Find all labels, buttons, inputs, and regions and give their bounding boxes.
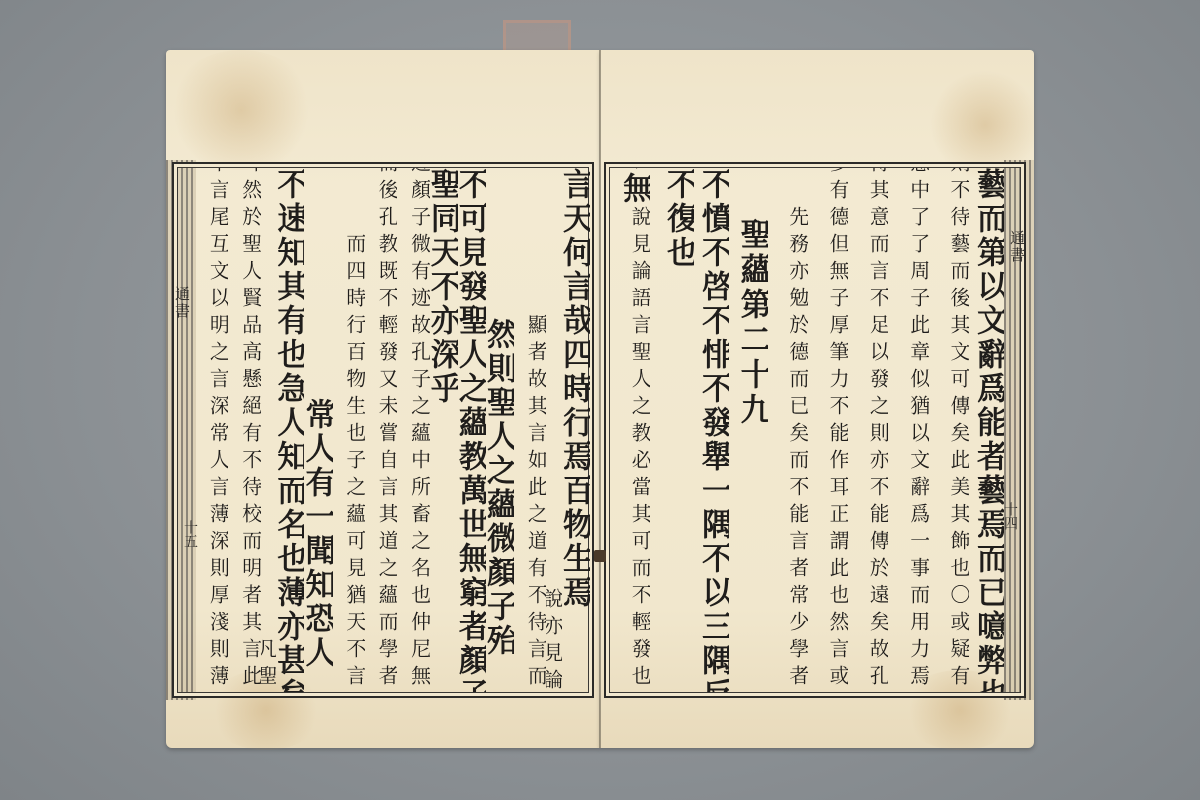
text-column: 不可見發聖人之蘊教萬世無窮者顏子也 xyxy=(458,168,486,692)
commentary-pair: 但無子厚筆力不能作耳正謂此也然言或 可少而德不可無有德而有言者常多有德 xyxy=(808,168,848,692)
text-column: 不復也 xyxy=(650,168,694,692)
block-center-title: 通書 xyxy=(1007,230,1028,264)
commentary-pair: 之道有不待言而 顯者故其言如此 xyxy=(514,168,546,692)
chapter-title: 聖蘊第二十九 xyxy=(729,168,768,692)
commentary-pair: 言深常人言薄深則厚淺則薄 上言首下言尾互文以明之 xyxy=(196,168,228,692)
commentary-line: 言深常人言薄深則厚淺則薄 xyxy=(205,368,228,692)
commentary-line: 而言不足以發之則亦不能傳於遠矣故孔 xyxy=(865,233,888,692)
commentary-line: 子曰辭達而已矣程子亦言西銘吾得其意 xyxy=(865,168,888,233)
commentary-line: 之道有不待言而 xyxy=(523,503,546,692)
commentary-line: 教既不輕發又未嘗自言其道之蘊而學者 xyxy=(374,233,397,692)
commentary-pair: 此美其飾也〇或疑有 德者必有言則不待藝而後其文可傳矣 xyxy=(929,168,969,692)
commentary-line: 迹顏子微有迹故孔子之 xyxy=(407,168,430,422)
commentary-line: 周子此章似猶以文辭爲一事而用力焉 xyxy=(906,260,929,692)
commentary-line: 子之蘊可見猶天不言 xyxy=(342,449,365,692)
commentary-line: 賢品高懸絕有不待校而明者其言此 xyxy=(238,287,261,692)
commentary-line: 蘊中所畜之名也仲尼無 xyxy=(407,422,430,692)
commentary-pair: 而言不足以發之則亦不能傳於遠矣故孔 子曰辭達而已矣程子亦言西銘吾得其意 xyxy=(848,168,888,692)
binding-thread xyxy=(594,550,606,562)
text-column: 然則聖人之蘊微顏子殆 xyxy=(486,168,514,692)
left-page: 通書 十五 言天何言哉四時行焉百物生焉 說亦見論語言聖人 之道有不待言而 顯者故… xyxy=(166,50,600,748)
text-column: 言天何言哉四時行焉百物生焉 xyxy=(562,168,590,692)
text-column: 藝而第以文辭爲能者藝焉而已噫弊也久矣 xyxy=(969,168,1004,692)
text-columns: 藝而第以文辭爲能者藝焉而已噫弊也久矣 此美其飾也〇或疑有 德者必有言則不待藝而後… xyxy=(610,168,1004,692)
commentary-line: 先務亦勉於德而已矣 xyxy=(785,206,808,449)
commentary-line: 德者必有言則不待藝而後其文可傳矣 xyxy=(946,168,969,449)
commentary-column: 說亦見論語言聖人 xyxy=(546,168,561,692)
commentary-pair: 賢品高懸絕有不待校而明者其言此 者正以深學之極警夫淺薄之尤耳然於聖人 xyxy=(228,168,260,692)
text-column: 子曰予欲無 xyxy=(610,168,650,206)
commentary-line: 而四時行百物生也 xyxy=(342,233,365,449)
commentary-line: 上言首下言尾互文以明之 xyxy=(205,168,228,368)
commentary-line: 但無子厚筆力不能作耳正謂此也然言或 xyxy=(825,233,848,692)
text-columns: 言天何言哉四時行焉百物生焉 說亦見論語言聖人 之道有不待言而 顯者故其言如此 然… xyxy=(196,168,590,692)
commentary-line: 顯者故其言如此 xyxy=(523,314,546,503)
text-column: 不速知其有也急人知而名也薄亦甚矣 xyxy=(276,168,304,692)
text-column: 常人有一聞知恐人 xyxy=(304,168,332,692)
block-center-title: 通書 xyxy=(172,286,193,320)
commentary-pair: 子之蘊可見猶天不言 而四時行百物生也 xyxy=(333,168,365,692)
text-column: 不憤不啓不悱不發舉一隅不以三隅反則 xyxy=(694,168,729,692)
commentary-pair: 周子此章似猶以文辭爲一事而用力焉 何也曰人之才德偏有長短其或意中了了 xyxy=(888,168,928,692)
open-book: 通書 十五 言天何言哉四時行焉百物生焉 說亦見論語言聖人 之道有不待言而 顯者故… xyxy=(166,50,1034,748)
commentary-line: 可少而德不可無有德而有言者常多有德 xyxy=(825,168,848,233)
text-column: 聖同天不亦深乎 xyxy=(430,168,458,692)
commentary-pair: 蘊中所畜之名也仲尼無 迹顏子微有迹故孔子之 xyxy=(397,168,429,692)
commentary-line: 何也曰人之才德偏有長短其或意中了了 xyxy=(906,168,929,260)
commentary-line: 說見論語言聖人之教必當其可而不輕發也 xyxy=(627,206,650,692)
right-page: 通書 十四 藝而第以文辭爲能者藝焉而已噫弊也久矣 此美其飾也〇或疑有 德者必有言… xyxy=(600,50,1034,748)
commentary-pair: 教既不輕發又未嘗自言其道之蘊而學者 唯顏子爲得其全故因其進脩之迹而後孔 xyxy=(365,168,397,692)
commentary-line: 者正以深學之極警夫淺薄之尤耳然於聖人 xyxy=(238,168,261,287)
commentary-line: 此美其飾也〇或疑有 xyxy=(946,449,969,692)
commentary-pair: 而不能言者常少學者 先務亦勉於德而已矣 xyxy=(768,168,808,692)
commentary-line: 唯顏子爲得其全故因其進脩之迹而後孔 xyxy=(374,168,397,233)
commentary-pair: 說見論語言聖人之教必當其可而不輕發也 子曰予欲無 xyxy=(610,168,650,692)
commentary-column: 凡聖 xyxy=(261,168,276,692)
text-column-with-commentary: 不復也 xyxy=(650,168,694,692)
water-stain xyxy=(166,50,316,170)
commentary-line: 而不能言者常少學者 xyxy=(785,449,808,692)
book-fold xyxy=(599,50,601,748)
